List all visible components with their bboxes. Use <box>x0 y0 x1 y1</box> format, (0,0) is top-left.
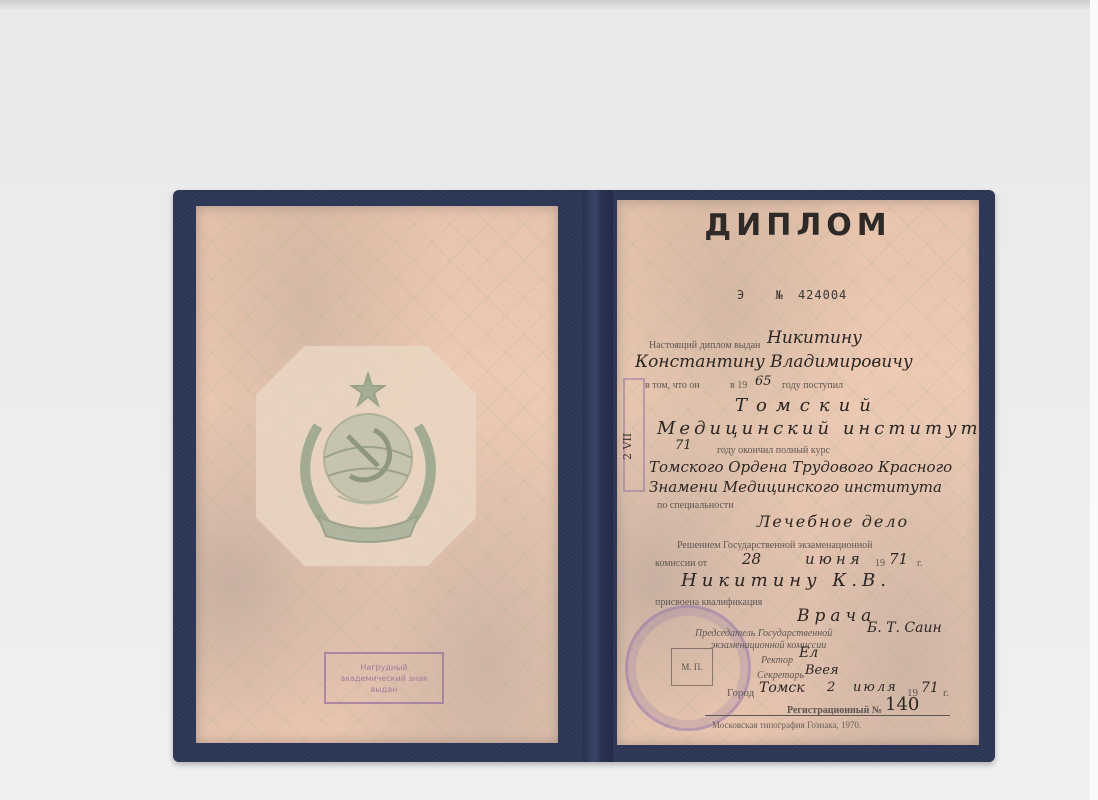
number-sign: № <box>775 288 783 302</box>
stamp-line-2: академический знак <box>340 673 427 684</box>
issue-year: 71 <box>921 680 939 696</box>
registration-number: 140 <box>885 694 919 715</box>
issued-to-label: Настоящий диплом выдан <box>649 340 760 351</box>
entered-year: 65 <box>755 374 772 389</box>
name-patronymic: Константину Владимировичу <box>635 352 913 372</box>
graduated-suffix: году окончил полный курс <box>717 445 830 456</box>
secretary-signature: Веея <box>805 663 839 678</box>
institution-line-2: Медицинский институт <box>657 418 982 439</box>
footer-rule <box>705 715 950 716</box>
issue-day: 2 <box>827 680 835 695</box>
printer-imprint: Московская типография Гознака, 1970. <box>712 720 861 730</box>
decision-year-suffix: г. <box>917 558 922 569</box>
specialty: Лечебное дело <box>757 512 909 531</box>
right-page: 2 VII ДИПЛОМ Э № 424004 Настоящий диплом… <box>617 200 979 745</box>
left-page: Нагрудный академический знак выдан <box>196 206 558 743</box>
rector-label: Ректор <box>761 655 793 666</box>
graduated-year: 71 <box>675 438 692 453</box>
scan-edge-right <box>1090 0 1098 800</box>
stamp-line-1: Нагрудный <box>360 662 407 673</box>
decision-year-prefix: 19 <box>875 558 885 569</box>
scan-edge-top <box>0 0 1098 10</box>
full-institution-line-2: Знамени Медицинского института <box>649 478 942 496</box>
diploma-title: ДИПЛОМ <box>617 208 979 243</box>
chairman-label-1: Председатель Государственной <box>695 628 832 639</box>
full-institution-line-1: Томского Ордена Трудового Красного <box>649 458 952 476</box>
chairman-signature: Б. Т. Саин <box>867 620 942 636</box>
entered-suffix: году поступил <box>782 380 843 391</box>
specialty-label: по специальности <box>657 500 734 511</box>
recipient-short: Никитину К.В. <box>681 570 891 591</box>
diploma-serial: Э № 424004 <box>737 288 869 302</box>
issue-year-suffix: г. <box>943 687 949 699</box>
decision-year: 71 <box>889 550 908 568</box>
margin-note: 2 VII <box>621 433 634 460</box>
city: Томск <box>759 680 805 696</box>
badge-issued-stamp: Нагрудный академический знак выдан <box>324 652 444 704</box>
commission-prefix: комиссии от <box>655 558 707 569</box>
surname: Никитину <box>767 328 862 348</box>
mp-stamp-box: М. П. <box>671 648 713 686</box>
entered-year-prefix: в 19 <box>730 380 747 391</box>
city-label: Город <box>727 687 754 699</box>
cover-spine <box>583 190 613 762</box>
rector-signature: Ел <box>799 645 818 661</box>
entered-prefix: в том, что он <box>645 380 700 391</box>
decision-day: 28 <box>742 550 761 568</box>
diploma-number: 424004 <box>798 288 847 302</box>
series-letter: Э <box>737 288 745 302</box>
decision-month: июня <box>805 550 864 568</box>
ussr-emblem-icon <box>278 366 458 551</box>
qualification: Врача <box>797 606 876 626</box>
stamp-line-3: выдан <box>371 684 398 695</box>
issue-month: июля <box>853 680 898 695</box>
institution-line-1: Томский <box>735 395 880 416</box>
